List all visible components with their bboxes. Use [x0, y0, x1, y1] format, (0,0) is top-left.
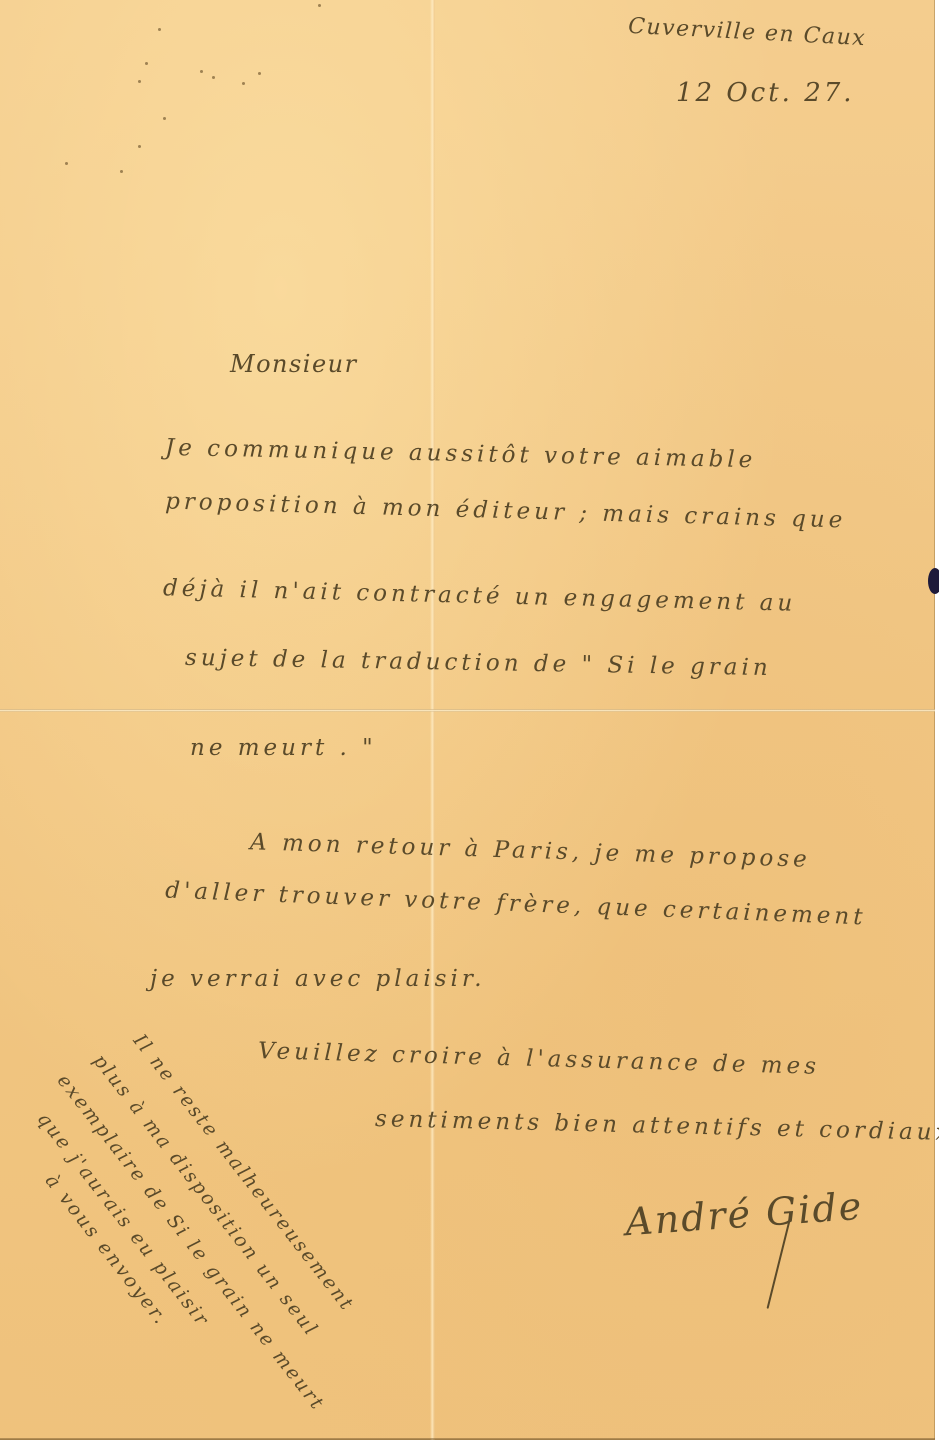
letter-date: 12 Oct. 27. [676, 80, 855, 106]
ink-speck [138, 80, 141, 83]
horizontal-fold-crease [0, 709, 935, 712]
ink-speck [120, 170, 123, 173]
ink-speck [200, 70, 203, 73]
ink-speck [163, 117, 166, 120]
ink-speck [65, 162, 68, 165]
ink-speck [242, 82, 245, 85]
letter-salutation: Monsieur [230, 352, 358, 376]
ink-speck [318, 4, 321, 7]
ink-blot [928, 568, 939, 594]
ink-speck [212, 76, 215, 79]
ink-speck [145, 62, 148, 65]
letter-line: je verrai avec plaisir. [150, 968, 486, 991]
letter-line: ne meurt . " [190, 737, 377, 760]
ink-speck [138, 145, 141, 148]
ink-speck [158, 28, 161, 31]
paper-bottom-edge [0, 1438, 935, 1440]
vertical-fold-crease [430, 0, 435, 1440]
diagonal-postscript: Il ne reste malheureusement plus à ma di… [28, 1030, 368, 1430]
ink-speck [258, 72, 261, 75]
letter-page: Cuverville en Caux 12 Oct. 27. Monsieur … [0, 0, 939, 1443]
postscript-line: plus à ma disposition un seul [89, 1050, 323, 1341]
